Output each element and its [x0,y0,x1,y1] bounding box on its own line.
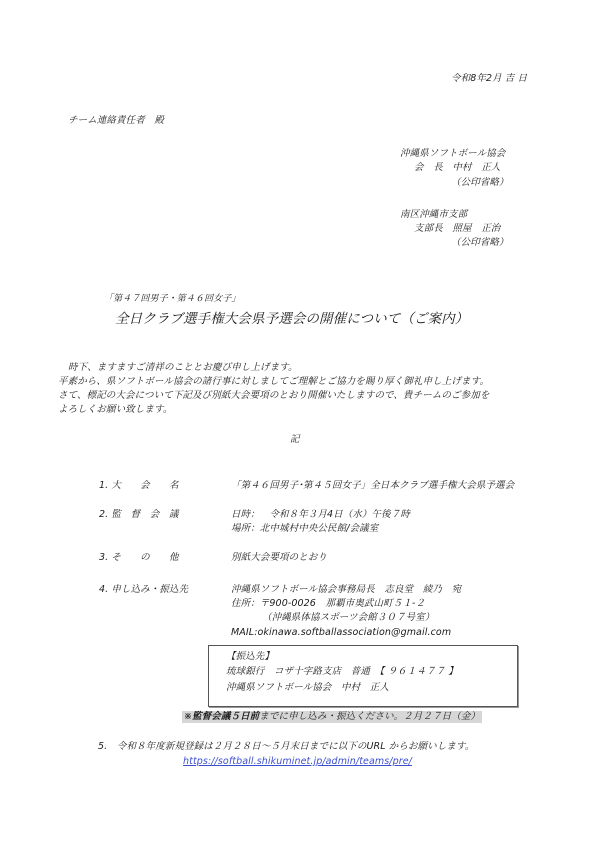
email-address: MAIL:okinawa.softballassociation@gmail.c… [231,627,451,639]
note-rest: までに申し込み・振込ください。２月２７日（金） [259,711,480,722]
item-value: 住所：〒900-0026 那覇市奥武山町５１-２ [231,598,425,610]
subject-subtitle: 「第４７回男子・第４６回女子」 [104,293,241,305]
seal-note: （公印省略） [451,237,509,249]
item-label: 3. そ の 他 [99,552,179,564]
registration-notice: 5. 令和８年度新規登録は２月２８日～５月末日までに以下のURL からお願いしま… [98,741,474,753]
item-value: 沖縄県ソフトボール協会事務局長 志良堂 綾乃 宛 [231,584,461,596]
bank-heading: 【振込先】 [226,651,274,663]
item-value: 場所：北中城村中央公民館/会議室 [231,523,378,535]
item-value: 日時： 令和８年３月4日（水）午後７時 [231,509,410,521]
item-value: 「第４６回男子･第４５回女子」全日本クラブ選手権大会県予選会 [231,480,514,492]
issue-date: 令和8年2月 吉 日 [451,73,527,85]
body-line: 平素から、県ソフトボール協会の諸行事に対しましてご理解とご協力を賜り厚く御礼申し… [58,376,489,388]
bank-account: 琉球銀行 コザ十字路支店 普通 【 ９６１４７７ 】 [226,666,458,678]
body-line: 時下、ますますご清祥のこととお慶び申し上げます。 [68,362,298,374]
deadline-note: ※監督会議５日前までに申し込み・振込ください。２月２７日（金） [182,711,482,723]
note-bold: 監督会議５日前 [192,711,259,722]
ki-heading: 記 [290,434,300,446]
seal-note: （公印省略） [451,177,509,189]
recipient: チーム連絡責任者 殿 [68,115,164,127]
item-label: 1. 大 会 名 [99,480,179,492]
item-value: 別紙大会要項のとおり [231,552,327,564]
body-line: よろしくお願い致します。 [58,404,172,416]
sender-person: 支部長 照屋 正治 [414,223,500,235]
item-value: （沖縄県体協スポーツ会館３０７号室） [262,612,434,624]
sender-organization: 南区沖縄市支部 [400,209,467,221]
body-line: さて、標記の大会について下記及び別紙大会要項のとおり開催いたしますので、貴チーム… [58,390,489,402]
note-prefix: ※ [184,711,192,722]
item-label: 4. 申し込み・振込先 [99,584,188,596]
subject-title: 全日クラブ選手権大会県予選会の開催について（ご案内） [115,311,468,327]
registration-link[interactable]: https://softball.shikuminet.jp/admin/tea… [183,756,412,768]
bank-account-holder: 沖縄県ソフトボール協会 中村 正人 [226,682,389,694]
sender-organization: 沖縄県ソフトボール協会 [400,148,505,160]
item-label: 2. 監 督 会 議 [99,509,179,521]
sender-person: 会 長 中村 正人 [414,162,500,174]
